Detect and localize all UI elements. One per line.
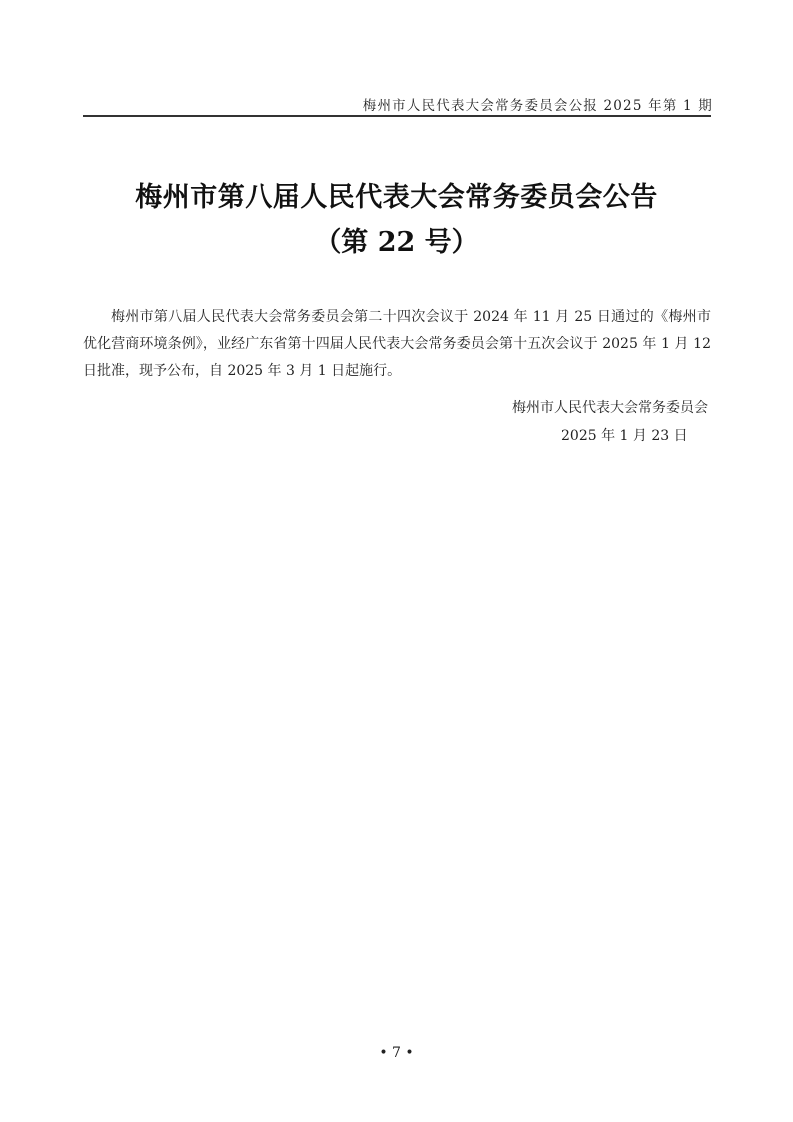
running-header: 梅州市人民代表大会常务委员会公报 2025 年第 1 期 [363,94,713,114]
announcement-number: （第 22 号） [0,220,793,259]
signature-organization: 梅州市人民代表大会常务委员会 [512,397,708,417]
header-divider [83,115,711,117]
body-paragraph: 梅州市第八届人民代表大会常务委员会第二十四次会议于 2024 年 11 月 25… [83,304,711,385]
document-title: 梅州市第八届人民代表大会常务委员会公告 [0,175,793,214]
signature-date: 2025 年 1 月 23 日 [561,425,688,445]
page-number: • 7 • [0,1045,793,1061]
